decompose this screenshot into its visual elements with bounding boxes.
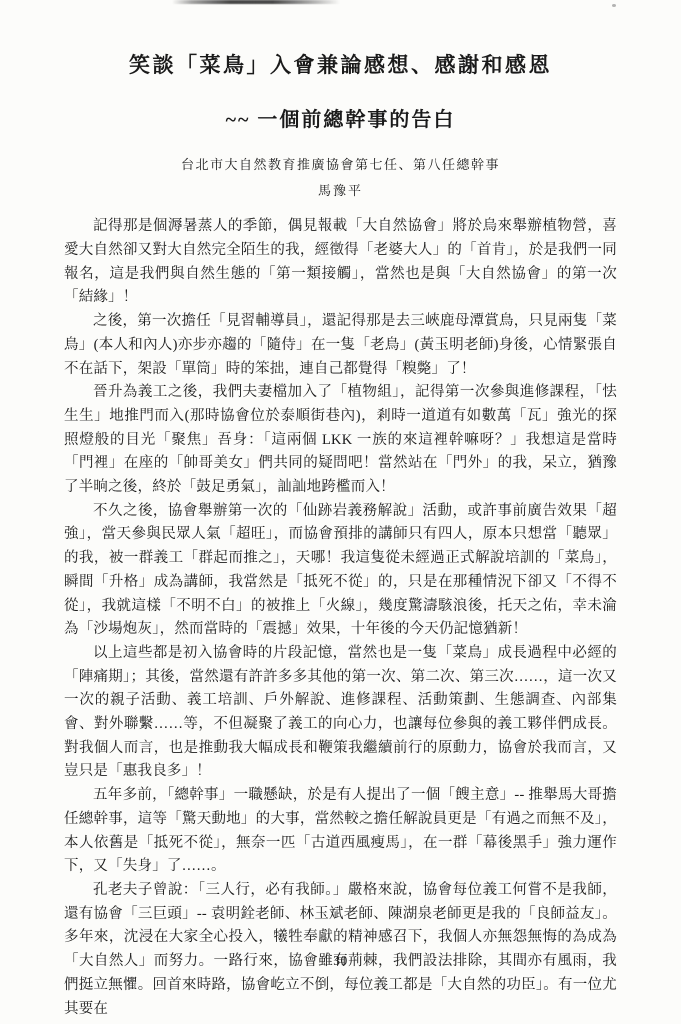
author-affiliation: 台北市大自然教育推廣協會第七任、第八任總幹事	[0, 154, 681, 173]
author-name: 馬豫平	[0, 180, 681, 199]
paragraph-6: 五年多前，「總幹事」一職懸缺，於是有人提出了一個「餿主意」-- 推舉馬大哥擔任總…	[64, 784, 617, 879]
paragraph-5: 以上這些都是初入協會時的片段記憶，當然也是一隻「菜鳥」成長過程中必經的「陣痛期」…	[64, 642, 617, 784]
scan-artifact-top-smudge	[172, 0, 340, 4]
scan-artifact-speck	[612, 4, 616, 7]
page-number: 30	[0, 953, 681, 969]
article-subtitle: ~~ 一個前總幹事的告白	[0, 103, 681, 132]
paragraph-4: 不久之後，協會舉辦第一次的「仙跡岩義務解說」活動，或許事前廣告效果「超強」，當天…	[64, 500, 617, 642]
document-page: 笑談「菜鳥」入會兼論感想、感謝和感恩 ~~ 一個前總幹事的告白 台北市大自然教育…	[0, 0, 681, 1024]
paragraph-3: 晉升為義工之後，我們夫妻檔加入了「植物組」，記得第一次參與進修課程，「怯生生」地…	[64, 381, 617, 500]
paragraph-7: 孔老夫子曾說：「三人行，必有我師。」嚴格來說，協會每位義工何嘗不是我師，還有協會…	[64, 879, 617, 1021]
paragraph-2: 之後，第一次擔任「見習輔導員」，還記得那是去三峽鹿母潭賞鳥，只見兩隻「菜鳥」(本…	[64, 310, 617, 381]
article-title: 笑談「菜鳥」入會兼論感想、感謝和感恩	[0, 0, 681, 79]
paragraph-1: 記得那是個溽暑蒸人的季節，偶見報載「大自然協會」將於烏來舉辦植物營，喜愛大自然卻…	[64, 215, 617, 310]
article-body: 記得那是個溽暑蒸人的季節，偶見報載「大自然協會」將於烏來舉辦植物營，喜愛大自然卻…	[64, 215, 617, 1021]
